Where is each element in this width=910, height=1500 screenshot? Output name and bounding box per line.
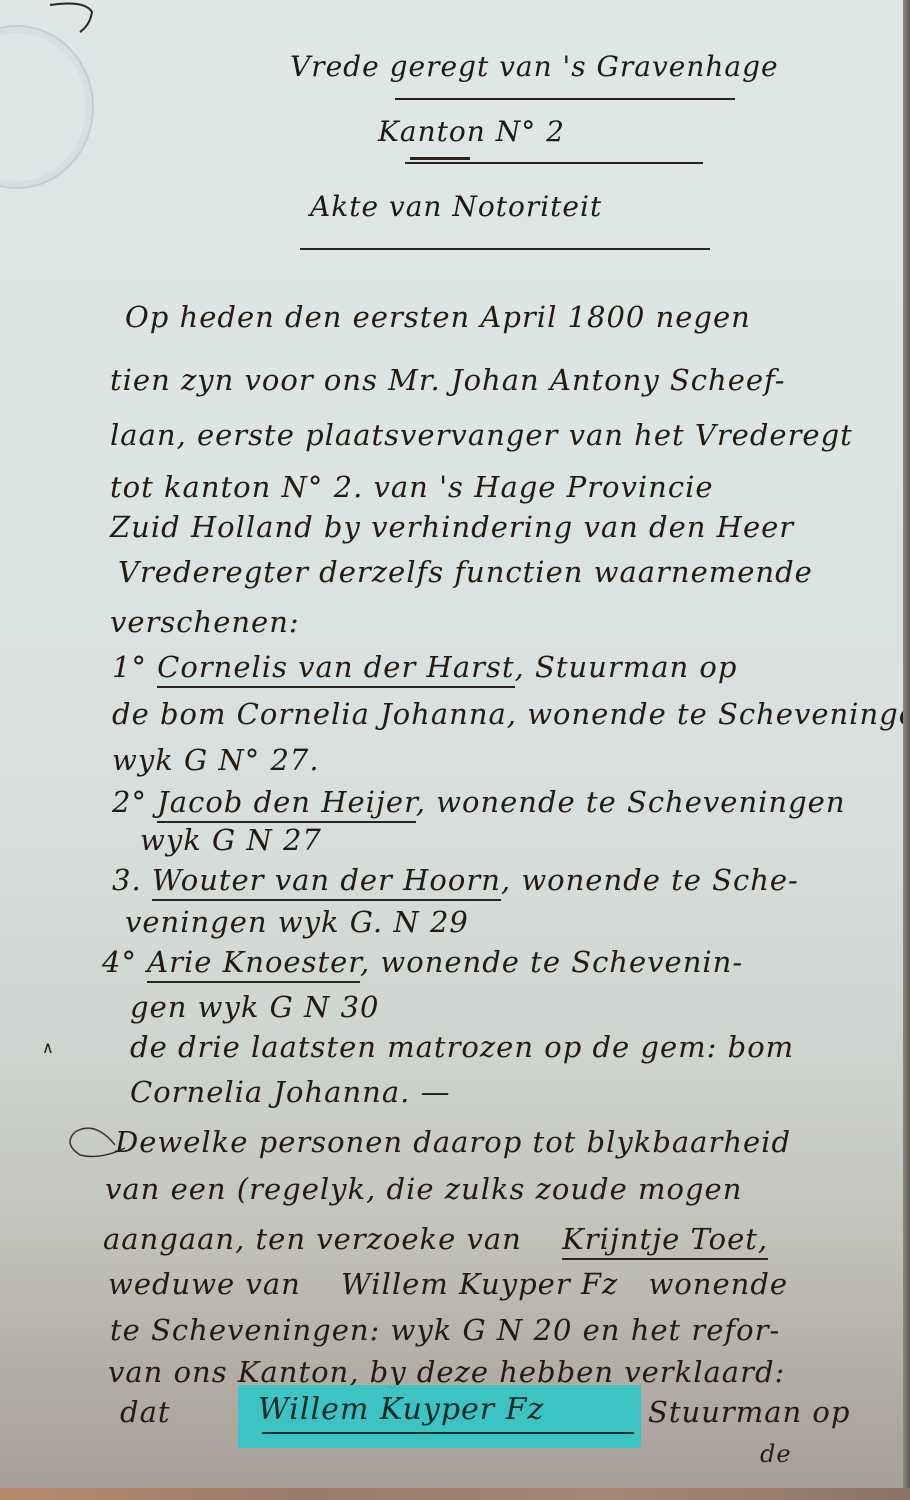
person-entry: 1° Cornelis van der Harst, Stuurman op <box>112 650 737 684</box>
ink-flourish-icon <box>40 0 100 40</box>
person-entry: 3. Wouter van der Hoorn, wonende te Sche… <box>112 863 799 897</box>
divider <box>300 248 710 250</box>
text-line: te Scheveningen: wyk G N 20 en het refor… <box>110 1313 780 1347</box>
deed-title: Akte van Notoriteit <box>310 190 602 223</box>
text-line: Dewelke personen daarop tot blykbaarheid <box>115 1125 791 1159</box>
text-line: de drie laatsten matrozen op de gem: bom <box>130 1030 794 1064</box>
person-detail: , Stuurman op <box>515 650 738 684</box>
text-line: Cornelia Johanna. — <box>130 1075 451 1109</box>
text-line: van een (regelyk, die zulks zoude mogen <box>105 1172 742 1206</box>
text-line: aangaan, ten verzoeke van Krijntje Toet, <box>103 1222 768 1256</box>
text-line: de bom Cornelia Johanna, wonende te Sche… <box>112 697 903 731</box>
text-line: wyk G N 27 <box>140 823 322 857</box>
text-line: weduwe van Willem Kuyper Fz wonende <box>108 1267 788 1301</box>
text-segment: wonende <box>649 1267 789 1301</box>
person-detail: , wonende te Schevenin- <box>360 945 743 979</box>
embossed-seal-icon: S <box>0 25 94 189</box>
court-heading: Vrede geregt van 's Gravenhage <box>290 50 779 83</box>
person-name: Jacob den Heijer <box>157 785 416 823</box>
highlighted-name: Willem Kuyper Fz <box>258 1392 544 1427</box>
person-entry: 2° Jacob den Heijer, wonende te Scheveni… <box>112 785 846 819</box>
divider <box>395 98 735 100</box>
divider <box>410 157 470 160</box>
person-detail: , wonende te Sche- <box>501 863 799 897</box>
requester-name: Krijntje Toet, <box>562 1222 768 1260</box>
person-name: Cornelis van der Harst <box>157 650 514 688</box>
text-segment: weduwe van <box>108 1267 301 1301</box>
text-segment: aangaan, ten verzoeke van <box>103 1222 522 1256</box>
page-edge <box>903 0 910 1500</box>
person-name: Arie Knoester <box>147 945 360 983</box>
text-line: Zuid Holland by verhindering van den Hee… <box>110 510 794 544</box>
text-line: wyk G N° 27. <box>112 743 320 777</box>
text-line: Vrederegter derzelfs functien waarnemend… <box>118 555 813 589</box>
text-segment: Stuurman op <box>648 1395 850 1429</box>
text-line: gen wyk G N 30 <box>130 990 380 1024</box>
person-number: 4° <box>102 945 137 979</box>
person-number: 3. <box>112 863 142 897</box>
text-line: tien zyn voor ons Mr. Johan Antony Schee… <box>110 363 786 397</box>
person-number: 1° <box>112 650 147 684</box>
margin-mark: ∧ <box>42 1038 55 1057</box>
canton-heading: Kanton N° 2 <box>378 115 565 148</box>
deceased-reference: Willem Kuyper Fz <box>341 1267 618 1301</box>
text-segment: de <box>760 1440 792 1468</box>
person-entry: 4° Arie Knoester, wonende te Schevenin- <box>102 945 743 979</box>
person-name: Wouter van der Hoorn <box>152 863 501 901</box>
text-line: veningen wyk G. N 29 <box>125 905 469 939</box>
document-page: S Vrede geregt van 's Gravenhage Kanton … <box>0 0 903 1500</box>
text-line: van ons Kanton, by deze hebben verklaard… <box>108 1355 785 1389</box>
text-segment: dat <box>120 1395 171 1429</box>
text-line: laan, eerste plaatsvervanger van het Vre… <box>110 418 853 452</box>
highlight-underline <box>262 1432 634 1434</box>
text-line: verschenen: <box>110 605 300 639</box>
text-line: Op heden den eersten April 1800 negen <box>125 300 751 334</box>
text-line: tot kanton N° 2. van 's Hage Provincie <box>110 470 714 504</box>
bottom-strip <box>0 1488 910 1500</box>
person-number: 2° <box>112 785 147 819</box>
person-detail: , wonende te Scheveningen <box>416 785 846 819</box>
divider <box>405 162 703 164</box>
